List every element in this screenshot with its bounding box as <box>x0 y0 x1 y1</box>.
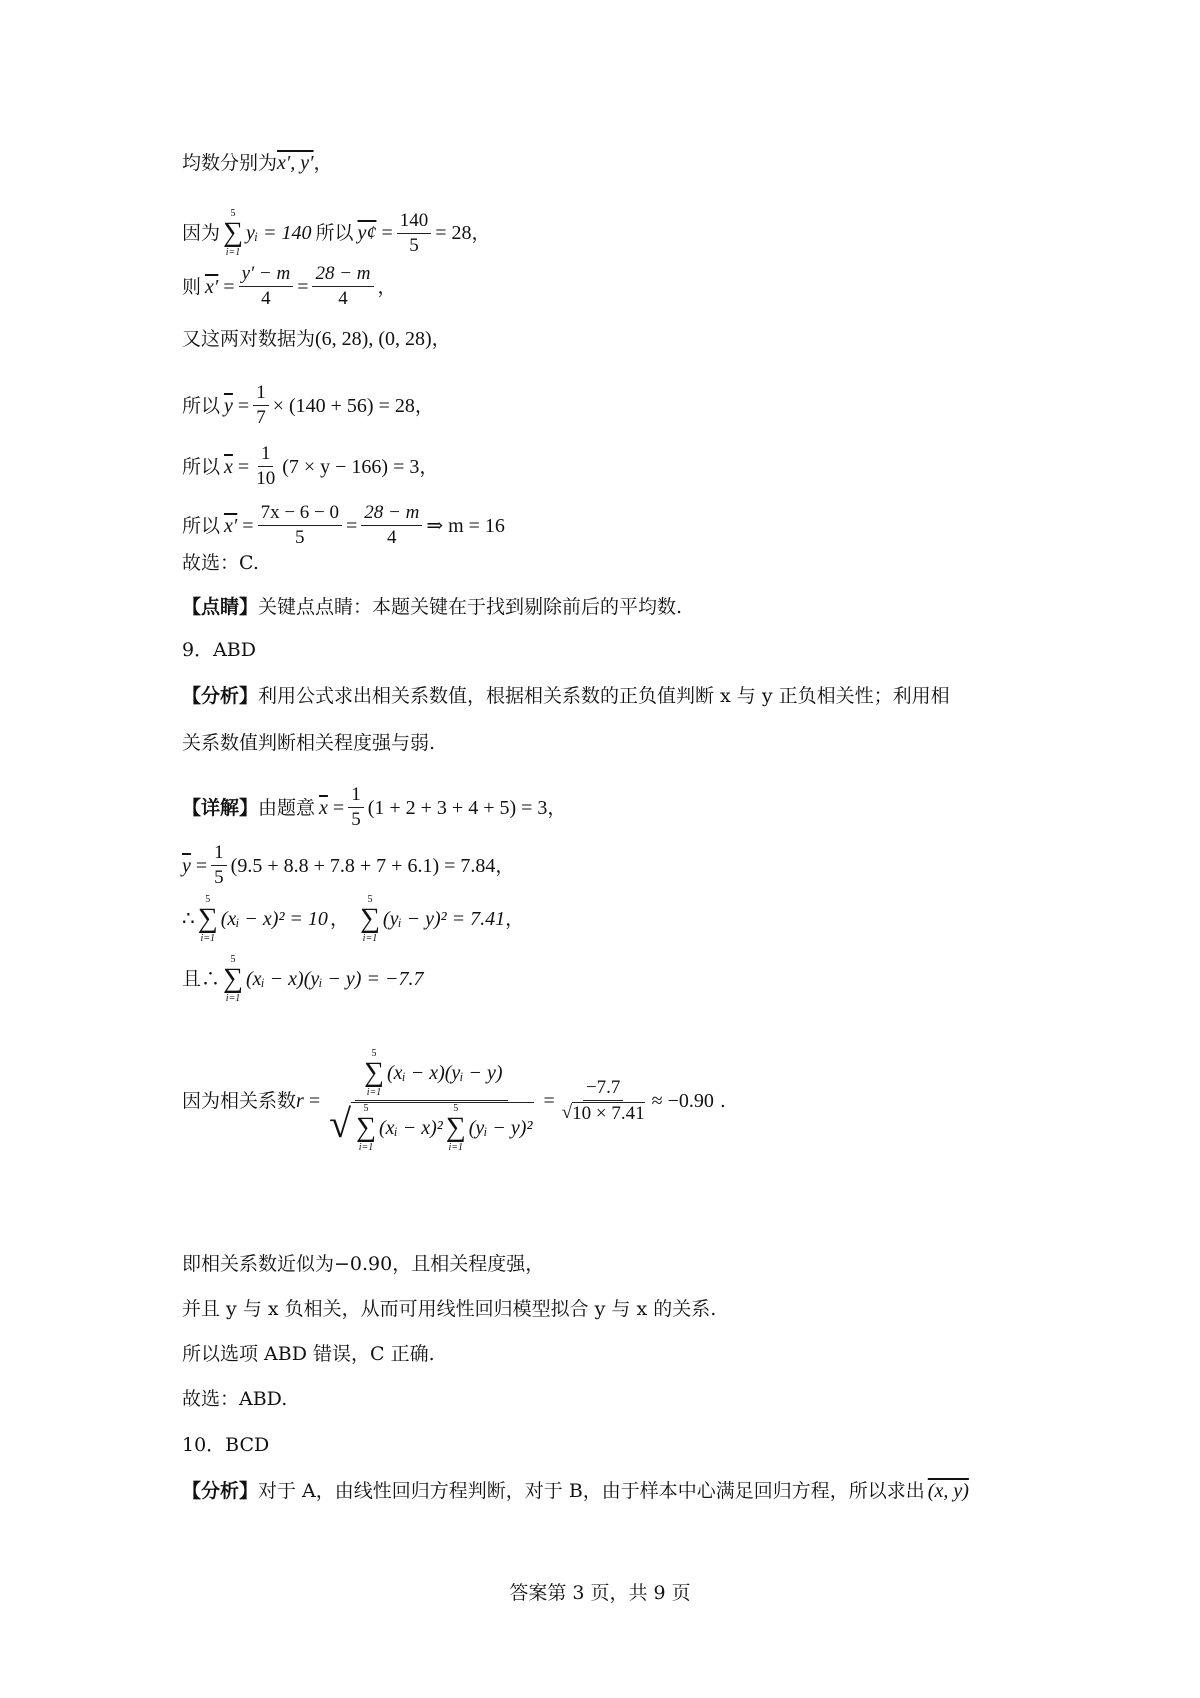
line-text: 则 <box>182 274 201 300</box>
punctuation: ， <box>330 906 349 932</box>
fraction: 1 7 <box>253 382 269 429</box>
math-expression: (xᵢ − x)(yᵢ − y) <box>387 1062 502 1084</box>
math-expression: × (140 + 56) = 28 <box>273 393 415 419</box>
numerator: 1 <box>348 784 364 808</box>
denominator: 4 <box>258 287 274 310</box>
sum-lower: i=1 <box>448 1142 463 1153</box>
fraction: 28 − m 4 <box>361 502 422 549</box>
punctuation: ， <box>505 906 524 932</box>
fraction: 5 ∑ i=1 (xᵢ − x)(yᵢ − y) √ 5 ∑ i=1 (xᵢ <box>326 1048 537 1153</box>
line-text: 关键点点睛：本题关键在于找到剔除前后的平均数. <box>258 594 682 620</box>
punctuation: ， <box>547 795 566 821</box>
section-tag: 【分析】 <box>182 1478 258 1504</box>
summation: 5 ∑ i=1 <box>446 1103 466 1153</box>
math-expression: (9.5 + 8.8 + 7.8 + 7 + 6.1) = 7.84 <box>231 853 496 879</box>
text-line: 故选：ABD. <box>182 1386 287 1412</box>
equation-line: 且∴ 5 ∑ i=1 (xᵢ − x)(yᵢ − y) = −7.7 <box>182 954 423 1004</box>
line-text: 所以 <box>316 220 354 246</box>
fraction: 1 5 <box>211 842 227 889</box>
equation-line: ∴ 5 ∑ i=1 (xᵢ − x)² = 10 ， 5 ∑ i=1 (yᵢ −… <box>182 894 524 944</box>
text-line: 又这两对数据为 (6, 28), (0, 28) ， <box>182 326 451 352</box>
equation-line: 所以 x = 1 10 (7 × y − 166) = 3 ， <box>182 443 438 490</box>
fraction: y′ − m 4 <box>239 263 294 310</box>
math-expression: (yᵢ − y)² <box>469 1117 533 1139</box>
line-text: 所以 <box>182 454 220 480</box>
numerator: 1 <box>253 382 269 406</box>
math-expression: (xᵢ − x)² <box>379 1117 443 1139</box>
math-expression: (7 × y − 166) = 3 <box>282 454 419 480</box>
math-expression: (xᵢ − x)(yᵢ − y) = −7.7 <box>246 966 423 992</box>
line-text: 即相关系数近似为−0.90，且相关程度强， <box>182 1251 544 1277</box>
line-text: 对于 A，由线性回归方程判断，对于 B，由于样本中心满足回归方程，所以求出 <box>258 1478 925 1504</box>
radical-sign: √ <box>562 1102 572 1125</box>
text-line: 并且 y 与 x 负相关，从而可用线性回归模型拟合 y 与 x 的关系. <box>182 1296 716 1322</box>
punctuation: ， <box>314 150 333 176</box>
line-text: 所以选项 ABD 错误，C 正确. <box>182 1341 435 1367</box>
line-text: 利用公式求出相关系数值，根据相关系数的正负值判断 x 与 y 正负相关性；利用相 <box>258 683 950 709</box>
therefore-symbol: ∴ <box>182 906 195 932</box>
sum-lower: i=1 <box>363 933 378 944</box>
text-line: 均数分别为 x′, y′ ， <box>182 150 333 176</box>
equation-line: 所以 x′ = 7x − 6 − 0 5 = 28 − m 4 ⇒ m = 16 <box>182 502 505 549</box>
punctuation: . <box>720 1088 726 1114</box>
radical-sign: √ <box>329 1102 351 1153</box>
math-variable: x′ <box>224 513 237 539</box>
fraction: 1 5 <box>348 784 364 831</box>
text-line: 关系数值判断相关程度强与弱. <box>182 730 435 756</box>
math-expression: x′, y′ <box>277 150 314 176</box>
fraction: 1 10 <box>253 443 278 490</box>
punctuation: ， <box>472 220 491 246</box>
denominator: 5 <box>406 234 422 257</box>
fraction: 7x − 6 − 0 5 <box>258 502 342 549</box>
punctuation: ， <box>495 853 514 879</box>
summation: 5 ∑ i=1 <box>223 954 243 1004</box>
sigma-symbol: ∑ <box>223 219 243 247</box>
math-expression: (1 + 2 + 3 + 4 + 5) = 3 <box>368 795 548 821</box>
summation: 5 ∑ i=1 <box>360 894 380 944</box>
denominator: 4 <box>384 526 400 549</box>
sigma-symbol: ∑ <box>364 1059 384 1087</box>
line-text: 所以 <box>182 513 220 539</box>
sum-lower: i=1 <box>226 993 241 1004</box>
summation: 5 ∑ i=1 <box>198 894 218 944</box>
answer-choice: 故选：C. <box>182 550 259 576</box>
math-variable: y <box>182 853 191 879</box>
question-number: 9．ABD <box>182 637 256 663</box>
numerator: −7.7 <box>583 1077 623 1101</box>
line-text: 均数分别为 <box>182 150 277 176</box>
numerator: y′ − m <box>239 263 294 287</box>
summation: 5 ∑ i=1 <box>364 1048 384 1098</box>
answer-choice: 故选：ABD. <box>182 1386 287 1412</box>
sum-lower: i=1 <box>200 933 215 944</box>
math-expression: (6, 28), (0, 28) <box>315 326 432 352</box>
equation-line: 则 x′ = y′ − m 4 = 28 − m 4 ， <box>182 263 397 310</box>
sum-lower: i=1 <box>367 1087 382 1098</box>
math-result: ≈ −0.90 <box>652 1088 714 1114</box>
summation: 5 ∑ i=1 <box>223 208 243 258</box>
line-text: 又这两对数据为 <box>182 326 315 352</box>
punctuation: ， <box>415 393 434 419</box>
equation-line: 因为相关系数 r = 5 ∑ i=1 (xᵢ − x)(yᵢ − y) √ 5 <box>182 1048 726 1153</box>
punctuation: ， <box>432 326 451 352</box>
question-number: 10．BCD <box>182 1432 269 1458</box>
math-expression: (yᵢ − y)² = 7.41 <box>383 906 505 932</box>
section-tag: 【分析】 <box>182 683 258 709</box>
equation-line: 【详解】 由题意 x = 1 5 (1 + 2 + 3 + 4 + 5) = 3… <box>182 784 566 831</box>
math-expression: (x, y) <box>928 1478 969 1504</box>
math-expression: yᵢ = 140 <box>246 220 312 246</box>
page-footer: 答案第 3 页，共 9 页 <box>0 1578 1200 1605</box>
denominator: 4 <box>335 287 351 310</box>
denominator: 5 <box>211 866 227 889</box>
equation-line: 所以 y = 1 7 × (140 + 56) = 28 ， <box>182 382 434 429</box>
math-variable: x <box>319 795 328 821</box>
text-line: 所以选项 ABD 错误，C 正确. <box>182 1341 435 1367</box>
fraction: 28 − m 4 <box>312 263 373 310</box>
math-variable: r <box>296 1088 304 1114</box>
denominator: 7 <box>253 406 269 429</box>
denominator: 10 <box>253 467 278 490</box>
numerator: 5 ∑ i=1 (xᵢ − x)(yᵢ − y) <box>355 1048 508 1101</box>
sigma-symbol: ∑ <box>198 905 218 933</box>
denominator: 5 <box>348 808 364 831</box>
fraction: 140 5 <box>397 210 432 257</box>
question-answer: 10．BCD <box>182 1432 269 1458</box>
numerator: 140 <box>397 210 432 234</box>
section-tag: 【点睛】 <box>182 594 258 620</box>
square-root: √ 5 ∑ i=1 (xᵢ − x)² 5 ∑ i=1 ( <box>329 1102 534 1153</box>
denominator: √ 5 ∑ i=1 (xᵢ − x)² 5 ∑ i=1 ( <box>326 1101 537 1153</box>
math-variable: y <box>224 393 233 419</box>
math-result: ⇒ m = 16 <box>426 513 505 539</box>
line-text: 由题意 <box>258 795 315 821</box>
question-answer: 9．ABD <box>182 637 256 663</box>
math-variable: y¢ <box>358 220 377 246</box>
punctuation: ， <box>419 454 438 480</box>
numerator: 28 − m <box>361 502 422 526</box>
text-line: 【点睛】 关键点点睛：本题关键在于找到剔除前后的平均数. <box>182 594 682 620</box>
equation-line: y = 1 5 (9.5 + 8.8 + 7.8 + 7 + 6.1) = 7.… <box>182 842 514 889</box>
line-text: 所以 <box>182 393 220 419</box>
section-tag: 【详解】 <box>182 795 258 821</box>
denominator: √ 10 × 7.41 <box>559 1101 648 1125</box>
equation-line: 因为 5 ∑ i=1 yᵢ = 140 所以 y¢ = 140 5 = 28 ， <box>182 208 491 258</box>
line-text: 因为 <box>182 220 220 246</box>
sigma-symbol: ∑ <box>223 965 243 993</box>
denominator: 5 <box>292 526 308 549</box>
line-text: 因为相关系数 <box>182 1088 296 1114</box>
numerator: 1 <box>258 443 274 467</box>
numerator: 1 <box>211 842 227 866</box>
numerator: 28 − m <box>312 263 373 287</box>
document-page: 均数分别为 x′, y′ ， 因为 5 ∑ i=1 yᵢ = 140 所以 y¢… <box>0 0 1200 1698</box>
radicand: 10 × 7.41 <box>572 1102 644 1125</box>
sigma-symbol: ∑ <box>360 905 380 933</box>
fraction: −7.7 √ 10 × 7.41 <box>559 1077 648 1125</box>
math-variable: x′ <box>205 274 218 300</box>
sigma-symbol: ∑ <box>356 1114 376 1142</box>
math-variable: x <box>224 454 233 480</box>
sum-lower: i=1 <box>226 247 241 258</box>
text-line: 即相关系数近似为−0.90，且相关程度强， <box>182 1251 544 1277</box>
math-result: = 28 <box>435 220 471 246</box>
text-line: 故选：C. <box>182 550 259 576</box>
numerator: 7x − 6 − 0 <box>258 502 342 526</box>
text-line: 【分析】 利用公式求出相关系数值，根据相关系数的正负值判断 x 与 y 正负相关… <box>182 683 950 709</box>
math-expression: (xᵢ − x)² = 10 <box>221 906 328 932</box>
line-text: 且∴ <box>182 966 220 992</box>
sum-lower: i=1 <box>359 1142 374 1153</box>
radicand: 5 ∑ i=1 (xᵢ − x)² 5 ∑ i=1 (yᵢ − y)² <box>351 1102 534 1153</box>
text-line: 【分析】 对于 A，由线性回归方程判断，对于 B，由于样本中心满足回归方程，所以… <box>182 1478 969 1504</box>
sigma-symbol: ∑ <box>446 1114 466 1142</box>
summation: 5 ∑ i=1 <box>356 1103 376 1153</box>
line-text: 关系数值判断相关程度强与弱. <box>182 730 435 756</box>
punctuation: ， <box>378 274 397 300</box>
line-text: 并且 y 与 x 负相关，从而可用线性回归模型拟合 y 与 x 的关系. <box>182 1296 716 1322</box>
